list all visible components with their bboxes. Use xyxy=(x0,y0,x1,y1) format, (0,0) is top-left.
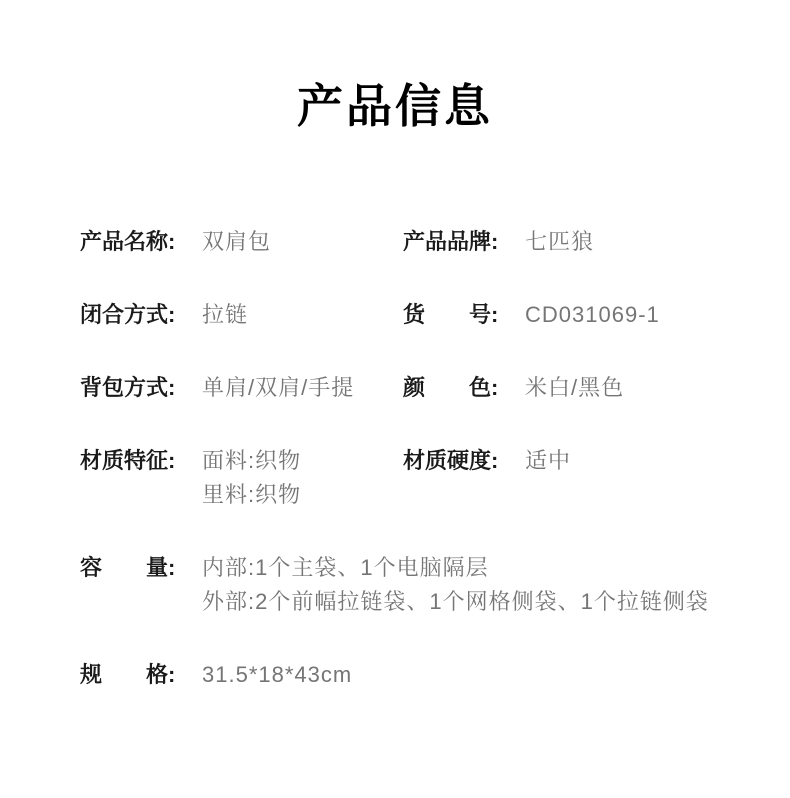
spec-value-product-name: 双肩包 xyxy=(202,225,271,259)
spec-value-capacity-line1: 内部:1个主袋、1个电脑隔层 xyxy=(202,551,709,585)
spec-cell-item-number: 货 号: CD031069-1 xyxy=(403,298,750,332)
spec-cell-closure: 闭合方式: 拉链 xyxy=(80,298,403,332)
page-title: 产品信息 xyxy=(0,0,790,133)
spec-label-material-hardness: 材质硬度: xyxy=(403,444,513,478)
spec-cell-brand: 产品品牌: 七匹狼 xyxy=(403,225,750,259)
spec-value-material-line1: 面料:织物 xyxy=(202,444,301,478)
spec-label-material-feature: 材质特征: xyxy=(80,444,190,478)
spec-cell-capacity: 容 量: 内部:1个主袋、1个电脑隔层 外部:2个前幅拉链袋、1个网格侧袋、1个… xyxy=(80,551,750,619)
spec-label-size: 规 格: xyxy=(80,658,190,692)
spec-value-brand: 七匹狼 xyxy=(525,225,594,259)
spec-label-brand: 产品品牌: xyxy=(403,225,513,259)
spec-label-capacity: 容 量: xyxy=(80,551,190,585)
product-info-page: 产品信息 产品名称: 双肩包 产品品牌: 七匹狼 闭合方式: 拉链 货 号: C… xyxy=(0,0,790,798)
spec-cell-product-name: 产品名称: 双肩包 xyxy=(80,225,403,259)
spec-row-size: 规 格: 31.5*18*43cm xyxy=(80,658,750,692)
spec-value-capacity: 内部:1个主袋、1个电脑隔层 外部:2个前幅拉链袋、1个网格侧袋、1个拉链侧袋 xyxy=(202,551,709,619)
spec-cell-material-feature: 材质特征: 面料:织物 里料:织物 xyxy=(80,444,403,512)
spec-value-material-line2: 里料:织物 xyxy=(202,478,301,512)
spec-row-name-brand: 产品名称: 双肩包 产品品牌: 七匹狼 xyxy=(80,225,750,259)
spec-cell-size: 规 格: 31.5*18*43cm xyxy=(80,658,403,692)
spec-label-item-number: 货 号: xyxy=(403,298,513,332)
spec-table: 产品名称: 双肩包 产品品牌: 七匹狼 闭合方式: 拉链 货 号: CD0310… xyxy=(0,225,790,692)
spec-row-capacity: 容 量: 内部:1个主袋、1个电脑隔层 外部:2个前幅拉链袋、1个网格侧袋、1个… xyxy=(80,551,750,619)
spec-value-closure: 拉链 xyxy=(202,298,248,332)
spec-value-material-hardness: 适中 xyxy=(525,444,571,478)
spec-label-product-name: 产品名称: xyxy=(80,225,190,259)
spec-label-color: 颜 色: xyxy=(403,371,513,405)
spec-label-closure: 闭合方式: xyxy=(80,298,190,332)
spec-row-closure-sku: 闭合方式: 拉链 货 号: CD031069-1 xyxy=(80,298,750,332)
spec-value-material-feature: 面料:织物 里料:织物 xyxy=(202,444,301,512)
spec-cell-carry-style: 背包方式: 单肩/双肩/手提 xyxy=(80,371,403,405)
spec-label-carry-style: 背包方式: xyxy=(80,371,190,405)
spec-value-size: 31.5*18*43cm xyxy=(202,658,352,692)
spec-cell-color: 颜 色: 米白/黑色 xyxy=(403,371,750,405)
spec-value-carry-style: 单肩/双肩/手提 xyxy=(202,371,354,405)
spec-row-material: 材质特征: 面料:织物 里料:织物 材质硬度: 适中 xyxy=(80,444,750,512)
spec-row-carry-color: 背包方式: 单肩/双肩/手提 颜 色: 米白/黑色 xyxy=(80,371,750,405)
spec-value-capacity-line2: 外部:2个前幅拉链袋、1个网格侧袋、1个拉链侧袋 xyxy=(202,585,709,619)
spec-cell-material-hardness: 材质硬度: 适中 xyxy=(403,444,750,512)
spec-value-item-number: CD031069-1 xyxy=(525,298,660,332)
spec-value-color: 米白/黑色 xyxy=(525,371,624,405)
